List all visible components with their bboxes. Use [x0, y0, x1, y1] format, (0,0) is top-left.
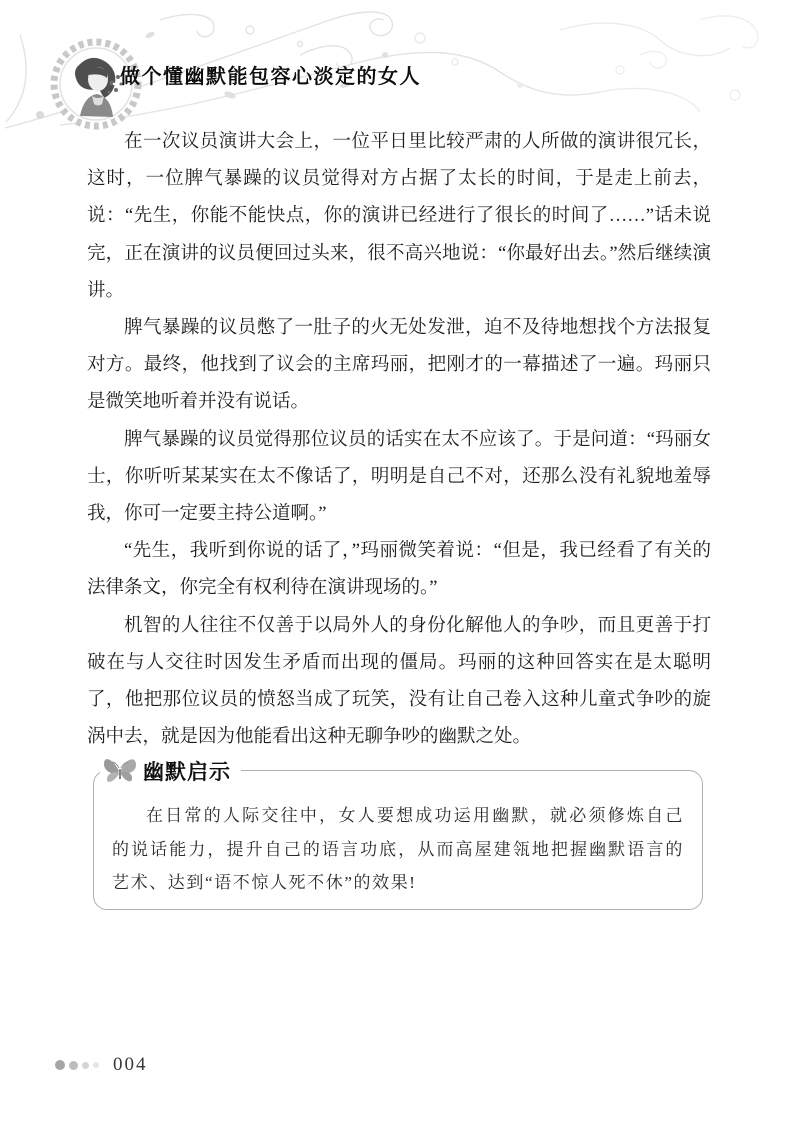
page-number: 004 — [113, 1054, 148, 1076]
tip-box-title: 幽默启示 — [143, 756, 231, 786]
butterfly-icon — [102, 755, 138, 787]
chapter-title: 做个懂幽默能包容心淡定的女人 — [120, 60, 421, 89]
tip-box-heading: 幽默启示 — [100, 753, 241, 789]
footer-fading-dots — [55, 1060, 65, 1070]
book-page: 做个懂幽默能包容心淡定的女人 在一次议员演讲大会上，一位平日里比较严肃的人所做的… — [0, 0, 800, 1129]
paragraph-2: 脾气暴躁的议员憋了一肚子的火无处发泄，迫不及待地想找个方法报复对方。最终，他找到… — [87, 310, 711, 422]
paragraph-3: 脾气暴躁的议员觉得那位议员的话实在太不应该了。于是问道：“玛丽女士，你听听某某实… — [87, 422, 711, 534]
footer-dot — [69, 1061, 78, 1070]
paragraph-1: 在一次议员演讲大会上，一位平日里比较严肃的人所做的演讲很冗长，这时，一位脾气暴躁… — [87, 124, 711, 310]
footer-dot — [82, 1062, 89, 1069]
humor-tip-box: 幽默启示 在日常的人际交往中，女人要想成功运用幽默，就必须修炼自己的说话能力，提… — [93, 770, 703, 910]
footer-dot — [93, 1062, 99, 1068]
page-footer: 004 — [55, 1055, 148, 1075]
paragraph-4: “先生，我听到你说的话了，”玛丽微笑着说：“但是，我已经看了有关的法律条文，你完… — [87, 533, 711, 607]
body-text: 在一次议员演讲大会上，一位平日里比较严肃的人所做的演讲很冗长，这时，一位脾气暴躁… — [87, 124, 711, 756]
tip-box-text: 在日常的人际交往中，女人要想成功运用幽默，就必须修炼自己的说话能力，提升自己的语… — [94, 771, 702, 900]
paragraph-5: 机智的人往往不仅善于以局外人的身份化解他人的争吵，而且更善于打破在与人交往时因发… — [87, 608, 711, 757]
